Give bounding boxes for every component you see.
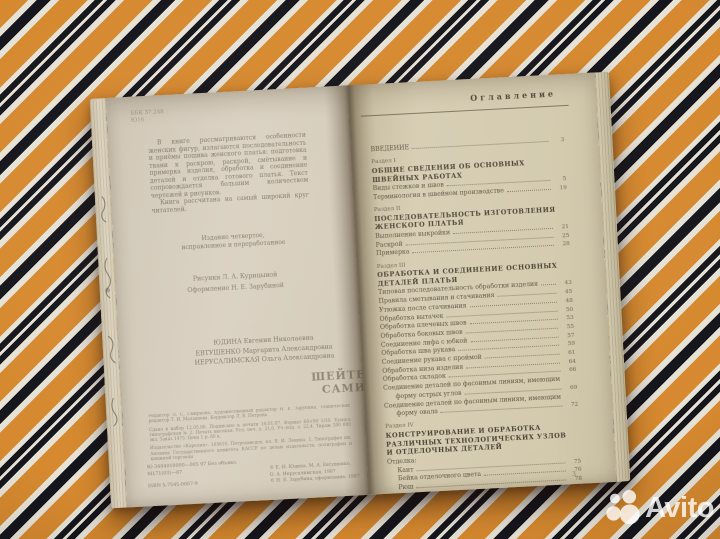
annotation-paragraph: В книге рассматриваются особенности женс… (148, 132, 309, 200)
toc-title: Оглавление (368, 88, 562, 108)
toc-dot-leader (413, 245, 554, 253)
isbn-line: ISBN 5-7545-0007-9 (148, 479, 239, 491)
toc-list: ВВЕДЕНИЕ3Раздел IОБЩИЕ СВЕДЕНИЯ ОБ ОСНОВ… (370, 136, 582, 493)
right-page: Оглавление ВВЕДЕНИЕ3Раздел IОБЩИЕ СВЕДЕН… (347, 72, 616, 494)
toc-page-number: 19 (553, 184, 567, 193)
toc-dot-leader (507, 189, 551, 192)
toc-entry-label: форму овала (384, 408, 438, 419)
print-codes: Ю 3404010000—005 97 Без объявл. М171(03)… (147, 460, 239, 492)
avito-logo-icon (605, 488, 641, 528)
book-title-fragment: ШЕЙТЕСАМИ (293, 369, 366, 398)
credits-block: Рисунки Л. А. КурицынойОформление Н. Е. … (135, 266, 336, 298)
toc-page-number: 28 (556, 240, 570, 249)
edition-note: Издание четвертое,исправленное и перераб… (133, 228, 334, 254)
toc-page-content: Оглавление ВВЕДЕНИЕ3Раздел IОБЩИЕ СВЕДЕН… (347, 72, 616, 494)
avito-watermark-text: Avito (645, 492, 714, 525)
catalog-code: Ю16 (131, 116, 165, 124)
toc-page-number: 3 (550, 136, 564, 145)
toc-entry-label: Рюш (388, 483, 414, 493)
toc-page-number: 72 (564, 401, 578, 410)
avito-watermark: Avito (605, 488, 714, 528)
toc-page-number: 66 (562, 366, 576, 375)
toc-dot-leader (541, 284, 556, 286)
toc-dot-leader (498, 293, 557, 297)
catalog-codes: ББК 37.248Ю16 (130, 109, 164, 124)
title-word: САМИ (294, 381, 367, 397)
toc-entry-label: ВВЕДЕНИЕ (370, 144, 409, 155)
left-page: ББК 37.248Ю16 В книге рассматриваются ос… (106, 85, 369, 507)
page-folio: 3 (572, 471, 576, 478)
annotation-block: В книге рассматриваются особенности женс… (148, 132, 310, 215)
open-book: ББК 37.248Ю16 В книге рассматриваются ос… (90, 72, 631, 509)
toc-entry-label: Примерка (376, 249, 410, 259)
photo-scene: ББК 37.248Ю16 В книге рассматриваются ос… (0, 0, 720, 539)
toc-dot-leader (485, 354, 560, 359)
copyright-block: © Е. Н. Юдина, М. А. Евтушенко,О. А. Иер… (269, 461, 360, 485)
authors-block: ЮДИНА Евгения НиколаевнаЕВТУШЕНКО Маргар… (168, 331, 359, 369)
toc-page-number: 69 (563, 384, 577, 393)
toc-dot-leader (412, 141, 548, 149)
